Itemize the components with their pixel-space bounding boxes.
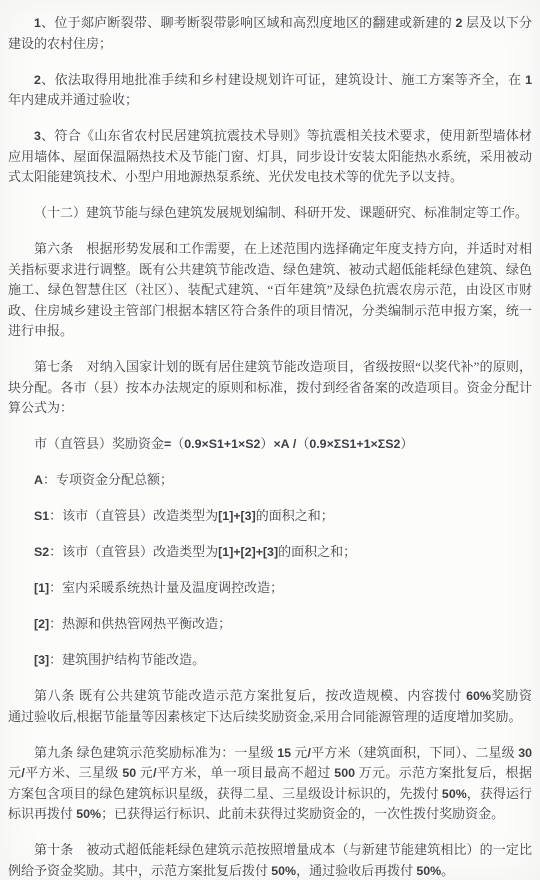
latin-numeral-run: / <box>308 746 311 760</box>
paragraph-definition: [2]：热源和供热管网热平衡改造； <box>8 614 532 635</box>
paragraph-article: 第六条 根据形势发展和工作需要，在上述范围内选择确定年度支持方向，并适时对相关指… <box>8 239 532 342</box>
paragraph-line: 第六条 根据形势发展和工作需要，在上述范围内选择确定年度支持方向，并适时对相 <box>8 239 532 260</box>
latin-numeral-run: [3] <box>34 653 49 667</box>
paragraph-line: 通过验收后,根据节能量等因素核定下达后续奖励资金,采用合同能源管理的适度增加奖励… <box>8 707 532 728</box>
paragraph-line: 3、符合《山东省农村民居建筑抗震技术导则》等抗震相关技术要求，使用新型墙体材料， <box>8 126 532 147</box>
paragraph-definition: [3]：建筑围护结构节能改造。 <box>8 650 532 671</box>
latin-numeral-run: 0.9×S1+1×S2 <box>184 437 260 451</box>
paragraph-line: 块分配。各市（县）按本办法规定的原则和标准，拨付到经省备案的改造项目。资金分配计 <box>8 378 532 399</box>
latin-numeral-run: 1 <box>34 16 41 30</box>
paragraph-line: 例给予资金奖励。其中，示范方案批复后拨付 50%，通过验收后再拨付 50%。 <box>8 861 532 880</box>
latin-numeral-run: ×A <box>273 437 289 451</box>
paragraph-article: 第十条 被动式超低能耗绿色建筑示范按照增量成本（与新建节能建筑相比）的一定比例给… <box>8 840 532 880</box>
paragraph-formula: 市（直管县）奖励资金=（0.9×S1+1×S2）×A /（0.9×ΣS1+1×Σ… <box>8 434 532 455</box>
paragraph-line: 进行申报。 <box>8 321 532 342</box>
latin-numeral-run: 3 <box>34 129 41 143</box>
latin-numeral-run: 1 <box>525 73 532 87</box>
paragraph-line: 式太阳能建筑技术、小型户用地源热泵系统、光伏发电技术等的优先予以支持。 <box>8 167 532 188</box>
paragraph-article: 第九条 绿色建筑示范奖励标准为：一星级 15 元/平方米（建筑面积，下同）、二星… <box>8 743 532 825</box>
paragraph-line: [3]：建筑围护结构节能改造。 <box>8 650 532 671</box>
paragraph-line: S2：该市（直管县）改造类型为[1]+[2]+[3]的面积之和； <box>8 542 532 563</box>
paragraph-line: 关指标要求进行调整。既有公共建筑节能改造、绿色建筑、被动式超低能耗绿色建筑、绿色 <box>8 260 532 281</box>
latin-numeral-run: [1]+[3] <box>218 509 256 523</box>
paragraph-line: 第七条 对纳入国家计划的既有居住建筑节能改造项目，省级按照“以奖代补”的原则，切 <box>8 357 532 378</box>
paragraph-line: 算公式为： <box>8 398 532 419</box>
paragraph-article: 第七条 对纳入国家计划的既有居住建筑节能改造项目，省级按照“以奖代补”的原则，切… <box>8 357 532 419</box>
latin-numeral-run: 50% <box>271 864 296 878</box>
latin-numeral-run: 50% <box>416 864 441 878</box>
document-page: 1、位于郯庐断裂带、聊考断裂带影响区域和高烈度地区的翻建或新建的 2 层及以下分… <box>0 0 540 880</box>
latin-numeral-run: S1 <box>34 509 49 523</box>
latin-numeral-run: 2 <box>456 16 463 30</box>
latin-numeral-run: / <box>293 437 296 451</box>
latin-numeral-run: 50% <box>442 787 467 801</box>
paragraph-line: （十二）建筑节能与绿色建筑发展规划编制、科研开发、课题研究、标准制定等工作。 <box>8 203 532 224</box>
paragraph-list-item: 3、符合《山东省农村民居建筑抗震技术导则》等抗震相关技术要求，使用新型墙体材料，… <box>8 126 532 188</box>
latin-numeral-run: [1] <box>34 581 49 595</box>
paragraph-line: 方案包含项目的绿色建筑标识星级，获得二星、三星级设计标识的，先拨付 50%，获得… <box>8 784 532 805</box>
paragraph-line: 第十条 被动式超低能耗绿色建筑示范按照增量成本（与新建节能建筑相比）的一定比 <box>8 840 532 861</box>
latin-numeral-run: S2 <box>34 545 49 559</box>
paragraph-line: 建设的农村住房； <box>8 34 532 55</box>
latin-numeral-run: 50 <box>122 766 136 780</box>
paragraph-line: 元/平方米、三星级 50 元/平方米，单一项目最高不超过 500 万元。示范方案… <box>8 763 532 784</box>
paragraph-definition: A：专项资金分配总额； <box>8 470 532 491</box>
paragraph-line: [2]：热源和供热管网热平衡改造； <box>8 614 532 635</box>
paragraph-list-item: 2、依法取得用地批准手续和乡村建设规划许可证，建筑设计、施工方案等齐全，在 1年… <box>8 70 532 111</box>
paragraph-line: 施工、绿色智慧住区（社区）、装配式建筑、“百年建筑”及绿色抗震农房示范，由设区市… <box>8 280 532 301</box>
latin-numeral-run: 50% <box>76 807 101 821</box>
latin-numeral-run: 15 <box>277 746 291 760</box>
latin-numeral-run: / <box>153 766 156 780</box>
paragraph-line: 2、依法取得用地批准手续和乡村建设规划许可证，建筑设计、施工方案等齐全，在 1 <box>8 70 532 91</box>
latin-numeral-run: [1]+[2]+[3] <box>218 545 278 559</box>
paragraph-line: S1：该市（直管县）改造类型为[1]+[3]的面积之和； <box>8 506 532 527</box>
latin-numeral-run: 2 <box>34 73 41 87</box>
paragraph-line: [1]：室内采暖系统热计量及温度调控改造； <box>8 578 532 599</box>
paragraph-line: 第九条 绿色建筑示范奖励标准为：一星级 15 元/平方米（建筑面积，下同）、二星… <box>8 743 532 764</box>
latin-numeral-run: / <box>21 766 24 780</box>
latin-numeral-run: 500 <box>334 766 355 780</box>
paragraph-list-item: 1、位于郯庐断裂带、聊考断裂带影响区域和高烈度地区的翻建或新建的 2 层及以下分… <box>8 13 532 54</box>
paragraph-article: 第八条 既有公共建筑节能改造示范方案批复后，按改造规模、内容拨付 60%奖励资金… <box>8 686 532 727</box>
paragraph-definition: S1：该市（直管县）改造类型为[1]+[3]的面积之和； <box>8 506 532 527</box>
paragraph-definition: S2：该市（直管县）改造类型为[1]+[2]+[3]的面积之和； <box>8 542 532 563</box>
latin-numeral-run: 60% <box>466 689 491 703</box>
paragraph-line: 第八条 既有公共建筑节能改造示范方案批复后，按改造规模、内容拨付 60%奖励资金… <box>8 686 532 707</box>
paragraph-sub-clause: （十二）建筑节能与绿色建筑发展规划编制、科研开发、课题研究、标准制定等工作。 <box>8 203 532 224</box>
paragraph-line: 应用墙体、屋面保温隔热技术及节能门窗、灯具，同步设计安装太阳能热水系统，采用被动 <box>8 147 532 168</box>
latin-numeral-run: A <box>34 473 43 487</box>
paragraph-line: 市（直管县）奖励资金=（0.9×S1+1×S2）×A /（0.9×ΣS1+1×Σ… <box>8 434 532 455</box>
paragraph-line: 政、住房城乡建设主管部门根据本辖区符合条件的项目情况，分类编制示范申报方案，统一 <box>8 301 532 322</box>
latin-numeral-run: 0.9×ΣS1+1×ΣS2 <box>309 437 400 451</box>
latin-numeral-run: 30 <box>518 746 532 760</box>
paragraph-line: 标识再拨付 50%；已获得运行标识、此前未获得过奖励资金的，一次性拨付奖励资金。 <box>8 804 532 825</box>
paragraph-definition: [1]：室内采暖系统热计量及温度调控改造； <box>8 578 532 599</box>
paragraph-line: 1、位于郯庐断裂带、聊考断裂带影响区域和高烈度地区的翻建或新建的 2 层及以下分… <box>8 13 532 34</box>
latin-numeral-run: [2] <box>34 617 49 631</box>
latin-numeral-run: = <box>164 437 171 451</box>
paragraph-line: 年内建成并通过验收； <box>8 90 532 111</box>
paragraph-line: A：专项资金分配总额； <box>8 470 532 491</box>
